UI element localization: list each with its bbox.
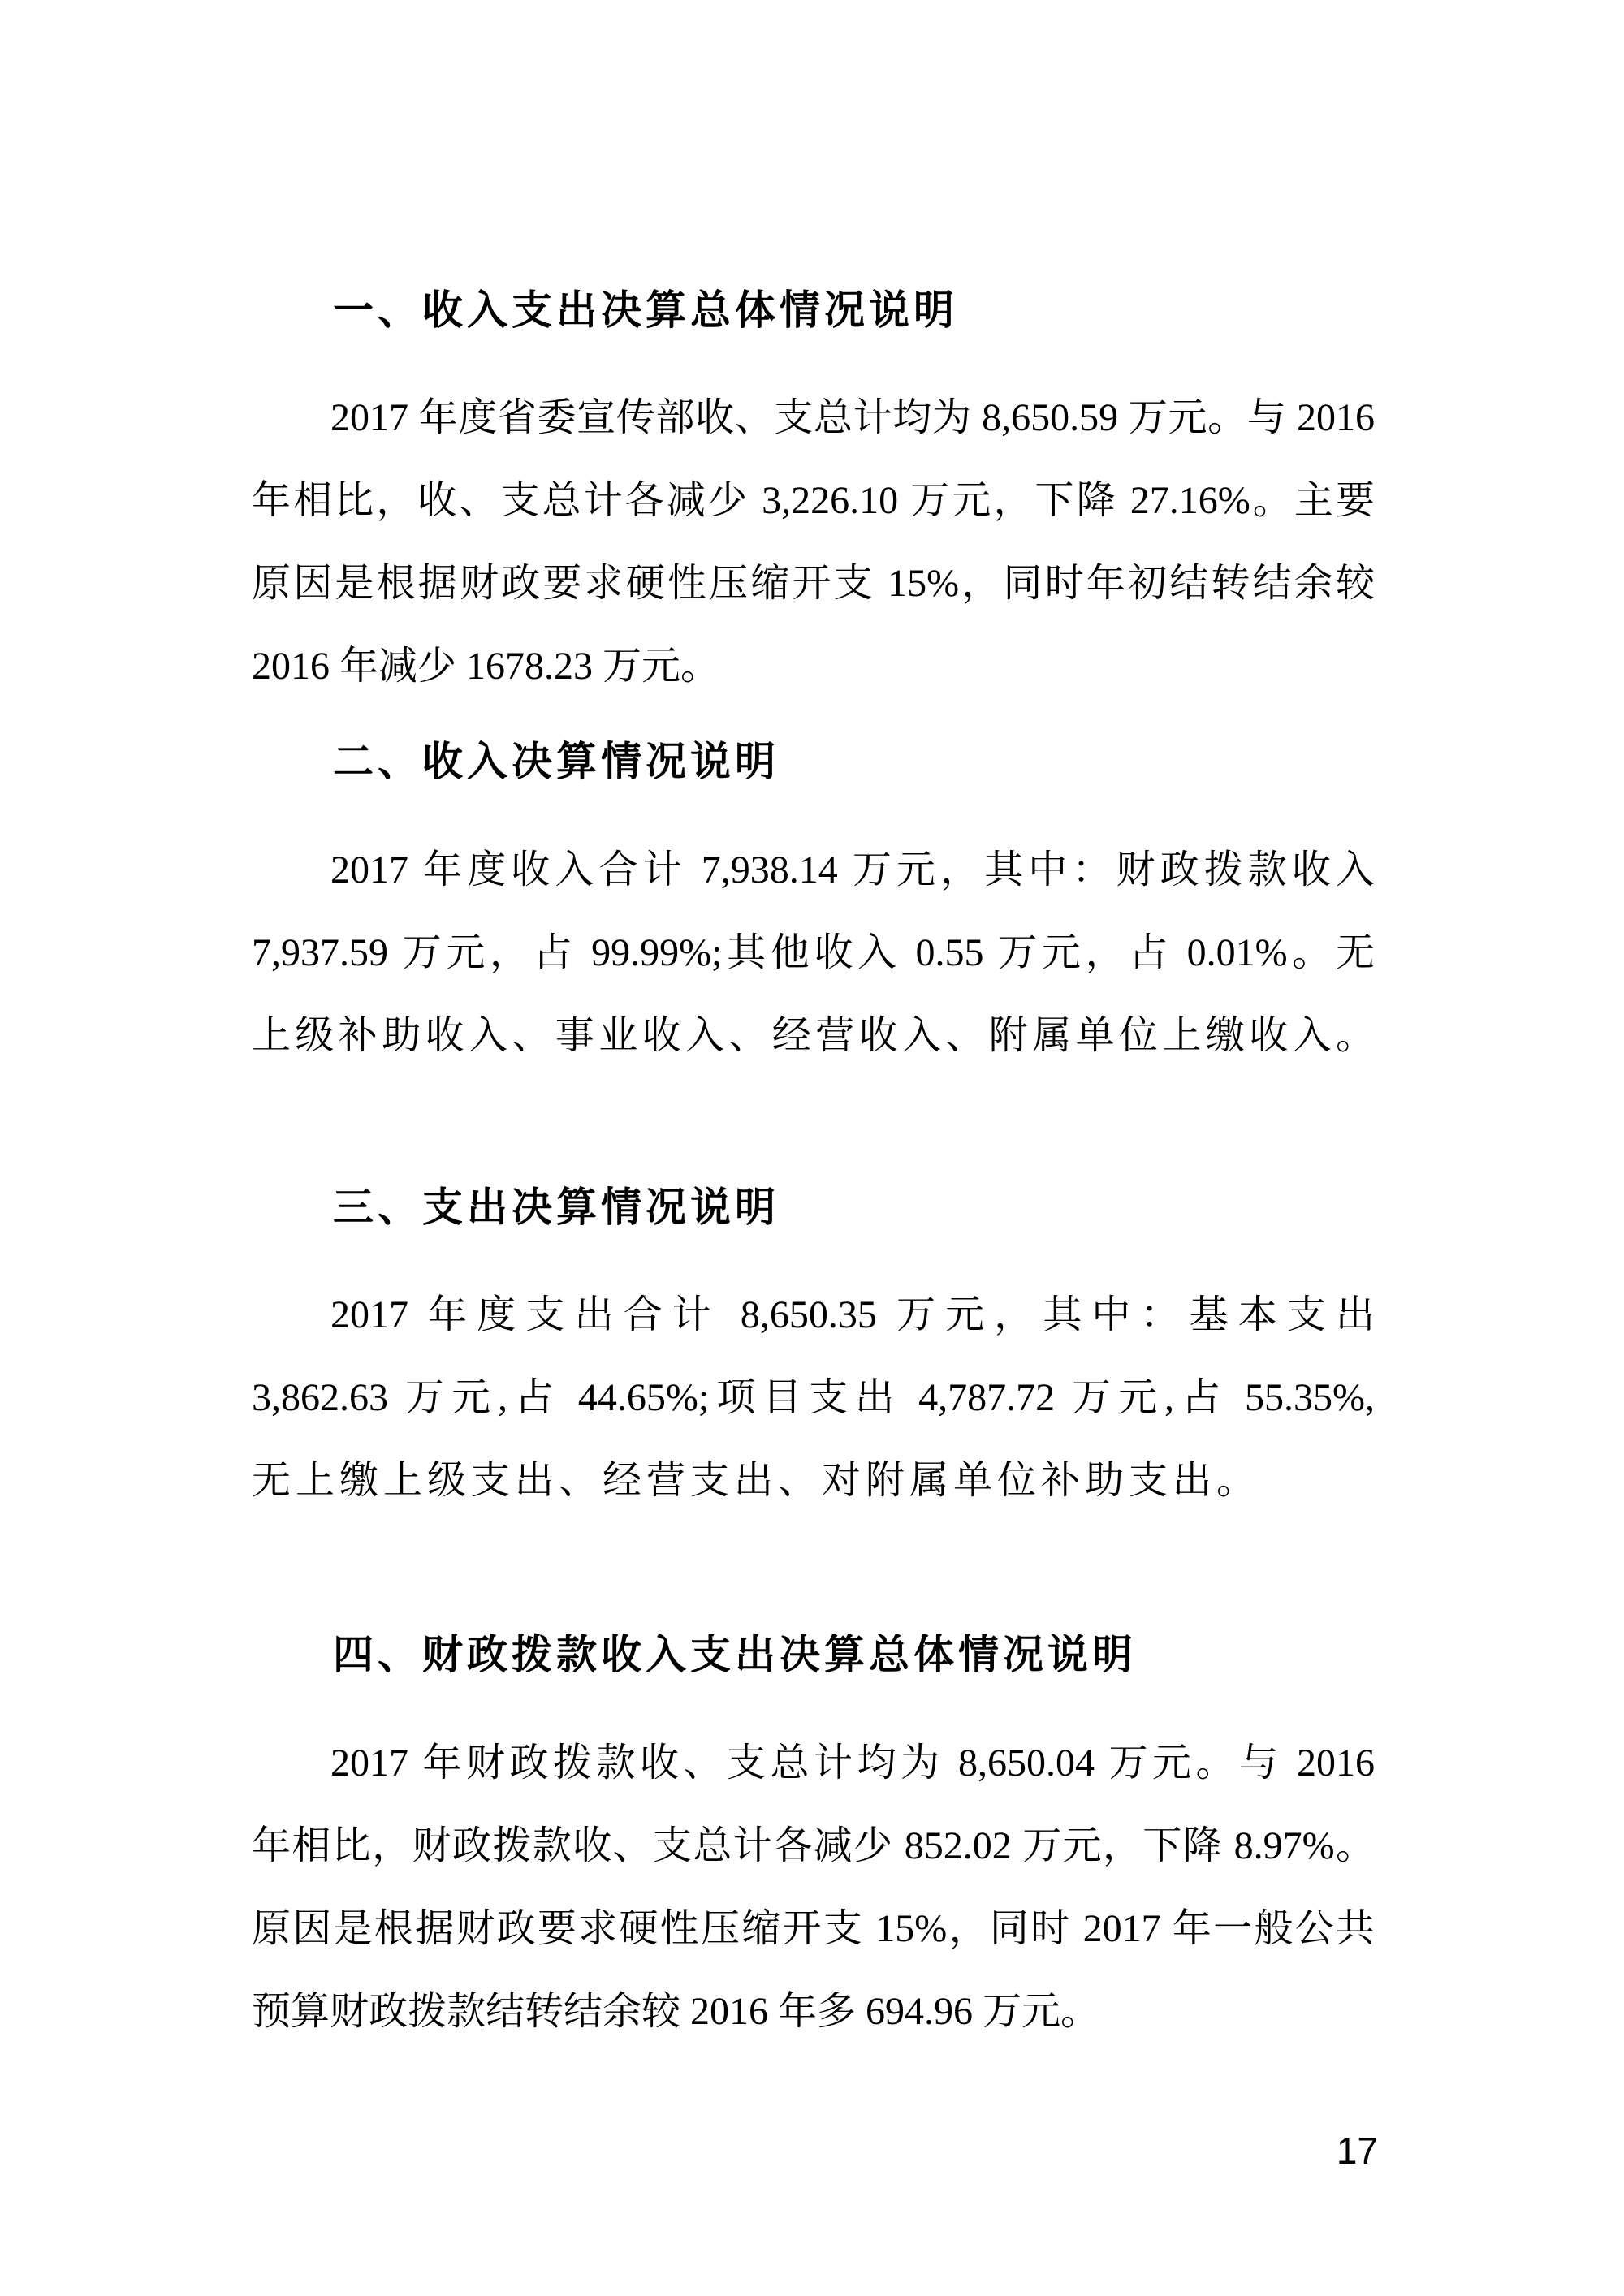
- page-number: 17: [1337, 2132, 1378, 2169]
- text-line: 2017 年度省委宣传部收、支总计均为 8,650.59 万元。与 2016: [252, 377, 1375, 460]
- section-3-paragraph: 2017 年度支出合计 8,650.35 万元，其中：基本支出 3,862.63…: [252, 1274, 1375, 1522]
- text-line: 原因是根据财政要求硬性压缩开支 15%，同时年初结转结余较: [252, 542, 1375, 625]
- text-line: 年相比，财政拨款收、支总计各减少 852.02 万元，下降 8.97%。: [252, 1805, 1375, 1888]
- text-line: 2017 年度收入合计 7,938.14 万元，其中：财政拨款收入: [252, 829, 1375, 912]
- document-content: 一、收入支出决算总体情况说明 2017 年度省委宣传部收、支总计均为 8,650…: [252, 0, 1375, 2053]
- document-page: 一、收入支出决算总体情况说明 2017 年度省委宣传部收、支总计均为 8,650…: [0, 0, 1624, 2296]
- text-line: 2017 年财政拨款收、支总计均为 8,650.04 万元。与 2016: [252, 1722, 1375, 1805]
- text-line: 无上缴上级支出、经营支出、对附属单位补助支出。: [252, 1439, 1375, 1522]
- text-line: 2017 年度支出合计 8,650.35 万元，其中：基本支出: [252, 1274, 1375, 1357]
- text-line: 预算财政拨款结转结余较 2016 年多 694.96 万元。: [252, 1970, 1375, 2053]
- text-line: 3,862.63 万元,占 44.65%;项目支出 4,787.72 万元,占 …: [252, 1357, 1375, 1439]
- section-income-statement: 二、收入决算情况说明 2017 年度收入合计 7,938.14 万元，其中：财政…: [252, 720, 1375, 1077]
- text-line: 7,937.59 万元，占 99.99%;其他收入 0.55 万元，占 0.01…: [252, 912, 1375, 995]
- section-income-expense-overview: 一、收入支出决算总体情况说明 2017 年度省委宣传部收、支总计均为 8,650…: [252, 269, 1375, 708]
- section-4-paragraph: 2017 年财政拨款收、支总计均为 8,650.04 万元。与 2016 年相比…: [252, 1722, 1375, 2053]
- section-expense-statement: 三、支出决算情况说明 2017 年度支出合计 8,650.35 万元，其中：基本…: [252, 1166, 1375, 1522]
- section-1-paragraph: 2017 年度省委宣传部收、支总计均为 8,650.59 万元。与 2016 年…: [252, 377, 1375, 708]
- text-line: 2016 年减少 1678.23 万元。: [252, 625, 1375, 708]
- section-1-heading: 一、收入支出决算总体情况说明: [252, 269, 1375, 352]
- section-fiscal-appropriation-overview: 四、财政拨款收入支出决算总体情况说明 2017 年财政拨款收、支总计均为 8,6…: [252, 1613, 1375, 2053]
- text-line: 年相比，收、支总计各减少 3,226.10 万元，下降 27.16%。主要: [252, 460, 1375, 542]
- section-4-heading: 四、财政拨款收入支出决算总体情况说明: [252, 1613, 1375, 1696]
- section-2-heading: 二、收入决算情况说明: [252, 720, 1375, 803]
- text-line: 上级补助收入、事业收入、经营收入、附属单位上缴收入。: [252, 995, 1375, 1077]
- text-line: 原因是根据财政要求硬性压缩开支 15%，同时 2017 年一般公共: [252, 1888, 1375, 1970]
- section-3-heading: 三、支出决算情况说明: [252, 1166, 1375, 1249]
- section-2-paragraph: 2017 年度收入合计 7,938.14 万元，其中：财政拨款收入 7,937.…: [252, 829, 1375, 1077]
